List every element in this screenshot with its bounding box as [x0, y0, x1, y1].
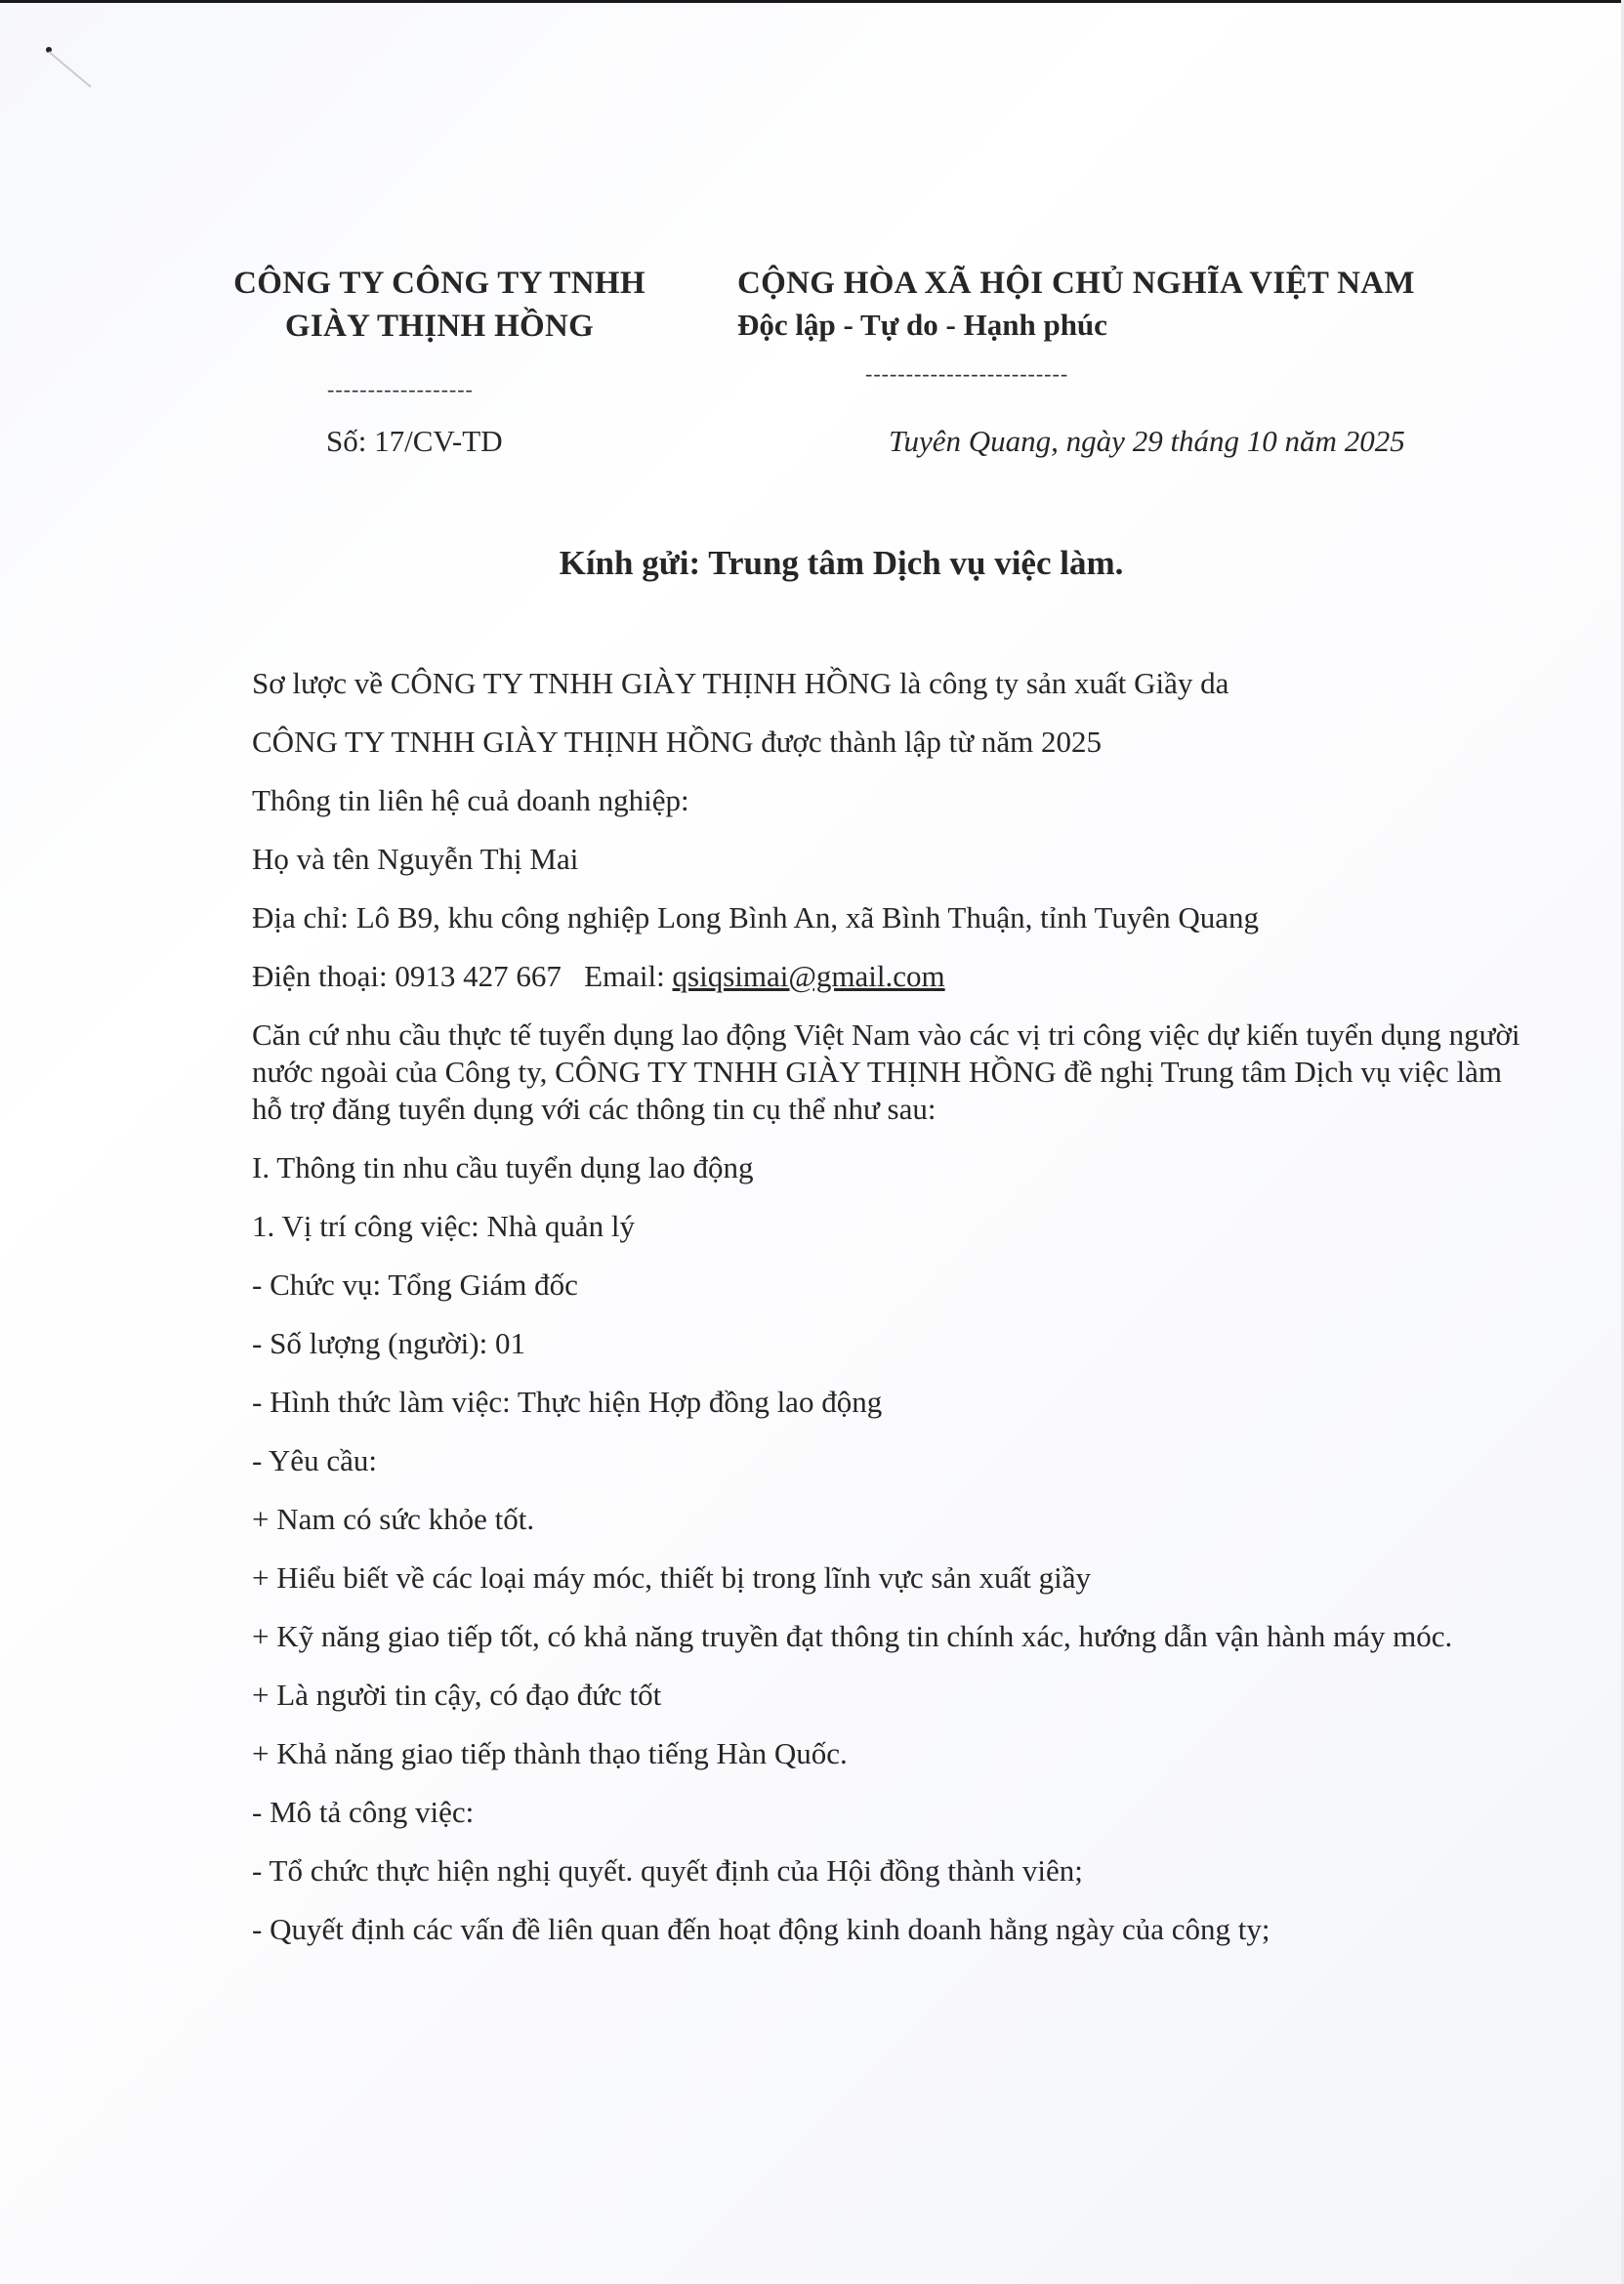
- description-item: - Quyết định các vấn đề liên quan đến ho…: [252, 1900, 1531, 1959]
- requirement-item: + Kỹ năng giao tiếp tốt, có khả năng tru…: [252, 1607, 1531, 1666]
- national-header: CỘNG HÒA XÃ HỘI CHỦ NGHĨA VIỆT NAM Độc l…: [737, 262, 1538, 346]
- intro-line-2: CÔNG TY TNHH GIÀY THỊNH HỒNG được thành …: [252, 713, 1531, 771]
- scanned-page: CÔNG TY CÔNG TY TNHH GIÀY THỊNH HỒNG ---…: [0, 0, 1624, 2284]
- email-label: Email:: [584, 959, 672, 993]
- job-position: 1. Vị trí công việc: Nhà quản lý: [252, 1197, 1531, 1256]
- document-body: Sơ lược về CÔNG TY TNHH GIÀY THỊNH HỒNG …: [252, 654, 1531, 1959]
- description-item: - Tổ chức thực hiện nghị quyết. quyết đị…: [252, 1842, 1531, 1900]
- place-date: Tuyên Quang, ngày 29 tháng 10 năm 2025: [889, 424, 1405, 459]
- scan-mark: [48, 51, 91, 88]
- contact-heading: Thông tin liên hệ cuả doanh nghiệp:: [252, 771, 1531, 830]
- company-divider: ------------------: [327, 379, 474, 400]
- requirement-item: + Khả năng giao tiếp thành thạo tiếng Hà…: [252, 1724, 1531, 1783]
- republic-title: CỘNG HÒA XÃ HỘI CHỦ NGHĨA VIỆT NAM: [737, 262, 1538, 305]
- scan-edge-top: [0, 0, 1624, 3]
- work-form: - Hình thức làm việc: Thực hiện Hợp đồng…: [252, 1373, 1531, 1432]
- company-header: CÔNG TY CÔNG TY TNHH GIÀY THỊNH HỒNG: [186, 262, 693, 348]
- requirement-item: + Nam có sức khỏe tốt.: [252, 1490, 1531, 1549]
- description-heading: - Mô tả công việc:: [252, 1783, 1531, 1842]
- company-name-line1: CÔNG TY CÔNG TY TNHH: [186, 262, 693, 305]
- national-motto: Độc lập - Tự do - Hạnh phúc: [737, 305, 1538, 346]
- contact-address: Địa chỉ: Lô B9, khu công nghiệp Long Bìn…: [252, 889, 1531, 947]
- job-quantity: - Số lượng (người): 01: [252, 1314, 1531, 1373]
- job-title: - Chức vụ: Tổng Giám đốc: [252, 1256, 1531, 1314]
- national-divider: -------------------------: [865, 363, 1068, 385]
- email-link[interactable]: qsiqsimai@gmail.com: [673, 959, 945, 993]
- requirement-item: + Là người tin cậy, có đạo đức tốt: [252, 1666, 1531, 1724]
- company-name-line2: GIÀY THỊNH HỒNG: [186, 305, 693, 348]
- document-number: Số: 17/CV-TD: [326, 424, 503, 459]
- contact-name: Họ và tên Nguyễn Thị Mai: [252, 830, 1531, 889]
- section-title: I. Thông tin nhu cầu tuyển dụng lao động: [252, 1139, 1531, 1197]
- salutation: Kính gửi: Trung tâm Dịch vụ việc làm.: [0, 544, 1624, 583]
- contact-phone: Điện thoại: 0913 427 667: [252, 959, 562, 993]
- requirement-item: + Hiểu biết về các loại máy móc, thiết b…: [252, 1549, 1531, 1607]
- request-paragraph: Căn cứ nhu cầu thực tế tuyển dụng lao độ…: [252, 1006, 1531, 1139]
- requirements-heading: - Yêu cầu:: [252, 1432, 1531, 1490]
- contact-phone-email: Điện thoại: 0913 427 667 Email: qsiqsima…: [252, 947, 1531, 1006]
- intro-line-1: Sơ lược về CÔNG TY TNHH GIÀY THỊNH HỒNG …: [252, 654, 1531, 713]
